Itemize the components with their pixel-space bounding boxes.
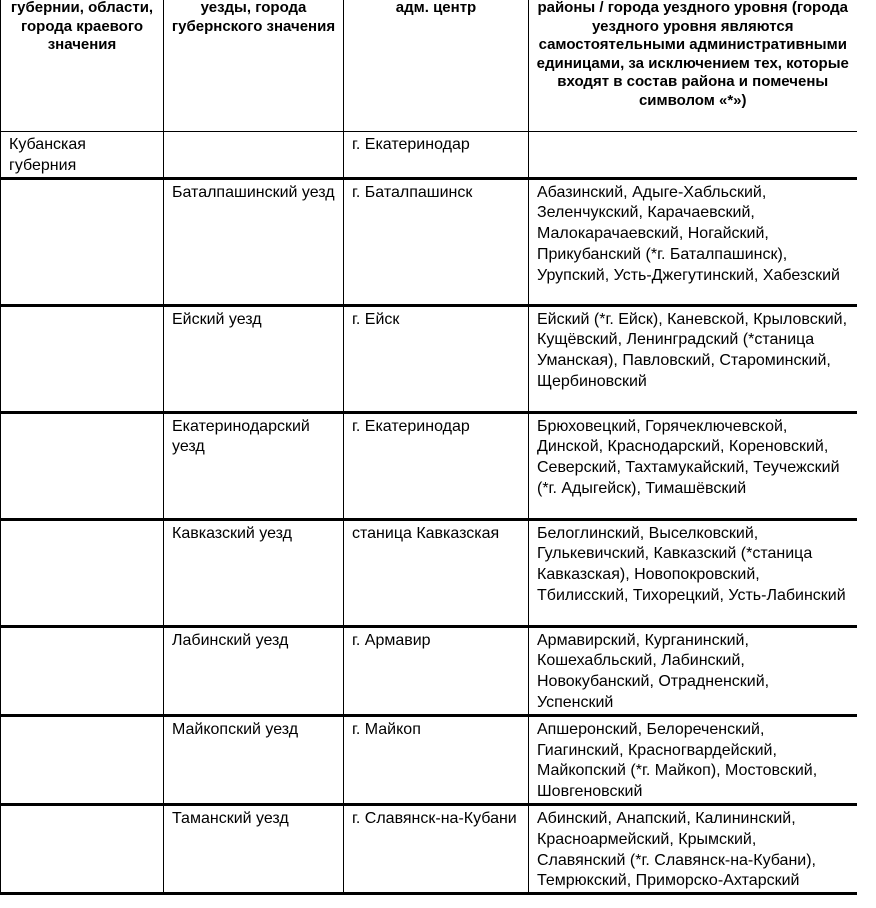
table-row: Лабинский уезд г. Армавир Армавирский, К… [1, 626, 857, 715]
cell-center: г. Баталпашинск [344, 178, 529, 305]
cell-districts: Абазинский, Адыге-Хабльский, Зеленчукски… [529, 178, 857, 305]
cell-gubernia [1, 715, 164, 804]
cell-gubernia: Кубанская губерния [1, 132, 164, 179]
cell-center: г. Екатеринодар [344, 412, 529, 519]
cell-center: г. Армавир [344, 626, 529, 715]
cell-districts: Брюховецкий, Горячеключевской, Динской, … [529, 412, 857, 519]
table-row: Кубанская губерния г. Екатеринодар [1, 132, 857, 179]
cell-gubernia [1, 412, 164, 519]
cell-center: г. Майкоп [344, 715, 529, 804]
cell-gubernia [1, 305, 164, 412]
header-gubernia: губернии, области, города краевого значе… [1, 0, 164, 132]
table-row: Ейский уезд г. Ейск Ейский (*г. Ейск), К… [1, 305, 857, 412]
cell-center: г. Славянск-на-Кубани [344, 804, 529, 893]
cell-districts: Ейский (*г. Ейск), Каневской, Крыловский… [529, 305, 857, 412]
table-row: Екатеринодарский уезд г. Екатеринодар Бр… [1, 412, 857, 519]
cell-uezd: Баталпашинский уезд [164, 178, 344, 305]
cell-uezd: Лабинский уезд [164, 626, 344, 715]
table-header-row: губернии, области, города краевого значе… [1, 0, 857, 132]
table-row: Кавказский уезд станица Кавказская Белог… [1, 519, 857, 626]
cell-center: г. Ейск [344, 305, 529, 412]
cell-districts: Абинский, Анапский, Калининский, Красноа… [529, 804, 857, 893]
header-center: адм. центр [344, 0, 529, 132]
cell-uezd: Екатеринодарский уезд [164, 412, 344, 519]
cell-gubernia [1, 178, 164, 305]
cell-uezd [164, 132, 344, 179]
cell-center: станица Кавказская [344, 519, 529, 626]
cell-uezd: Майкопский уезд [164, 715, 344, 804]
header-uezd: уезды, города губернского значения [164, 0, 344, 132]
cell-uezd: Таманский уезд [164, 804, 344, 893]
cell-center: г. Екатеринодар [344, 132, 529, 179]
table-row: Баталпашинский уезд г. Баталпашинск Абаз… [1, 178, 857, 305]
cell-gubernia [1, 626, 164, 715]
table-row: Таманский уезд г. Славянск-на-Кубани Аби… [1, 804, 857, 893]
cell-districts: Белоглинский, Выселковский, Гулькевичски… [529, 519, 857, 626]
cell-uezd: Кавказский уезд [164, 519, 344, 626]
cell-districts [529, 132, 857, 179]
admin-division-table: губернии, области, города краевого значе… [0, 0, 857, 895]
cell-districts: Армавирский, Курганинский, Кошехабльский… [529, 626, 857, 715]
header-districts: районы / города уездного уровня (города … [529, 0, 857, 132]
cell-districts: Апшеронский, Белореченский, Гиагинский, … [529, 715, 857, 804]
cell-gubernia [1, 804, 164, 893]
table-row: Майкопский уезд г. Майкоп Апшеронский, Б… [1, 715, 857, 804]
cell-uezd: Ейский уезд [164, 305, 344, 412]
cell-gubernia [1, 519, 164, 626]
